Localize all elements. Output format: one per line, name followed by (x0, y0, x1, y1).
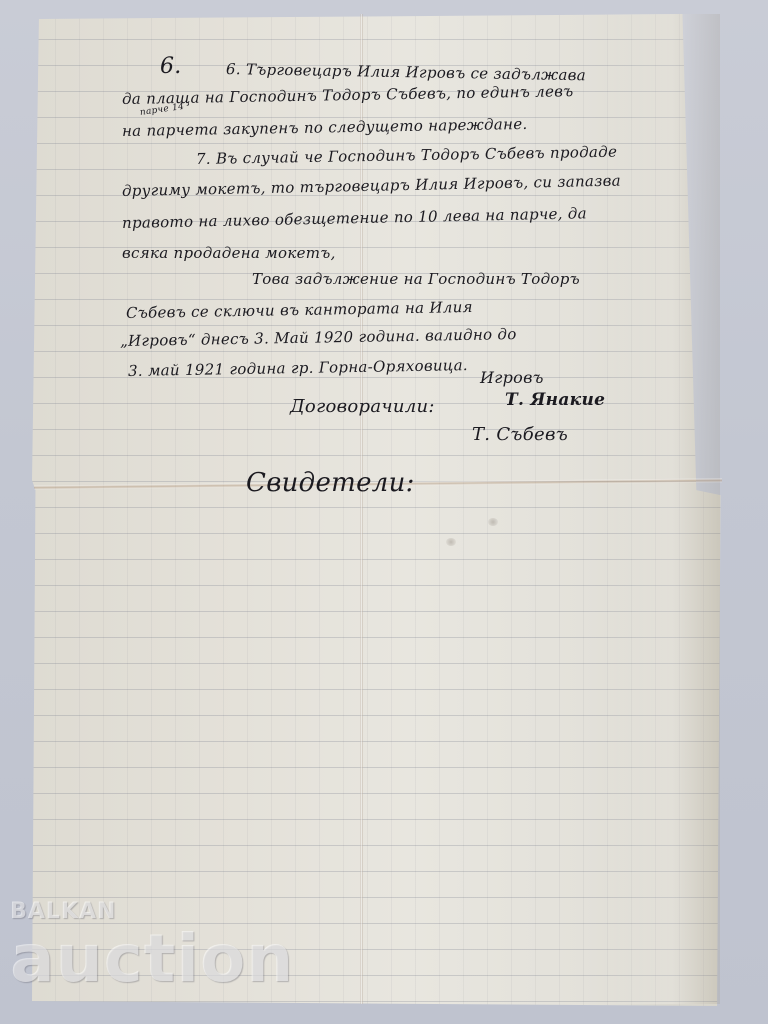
paper-shading (600, 14, 720, 1004)
signature-yanakie: Т. Янакие (505, 390, 605, 410)
paper-blemish (446, 538, 456, 546)
watermark-bottom-text: auction (10, 924, 294, 994)
signature-igrov: Игровъ (480, 368, 544, 387)
item-number-6: 6. (160, 54, 182, 79)
text-line: всяка продадена мокетъ, (122, 244, 336, 262)
signature-sabev: Т. Събевъ (472, 424, 568, 445)
paper-blemish (488, 518, 498, 526)
witnesses-label: Свидетели: (246, 468, 415, 498)
contractors-label: Договорачили: (290, 396, 435, 417)
balkan-auction-watermark: BALKAN auction (10, 900, 294, 994)
text-line: Това задължение на Господинъ Тодоръ (252, 270, 580, 288)
